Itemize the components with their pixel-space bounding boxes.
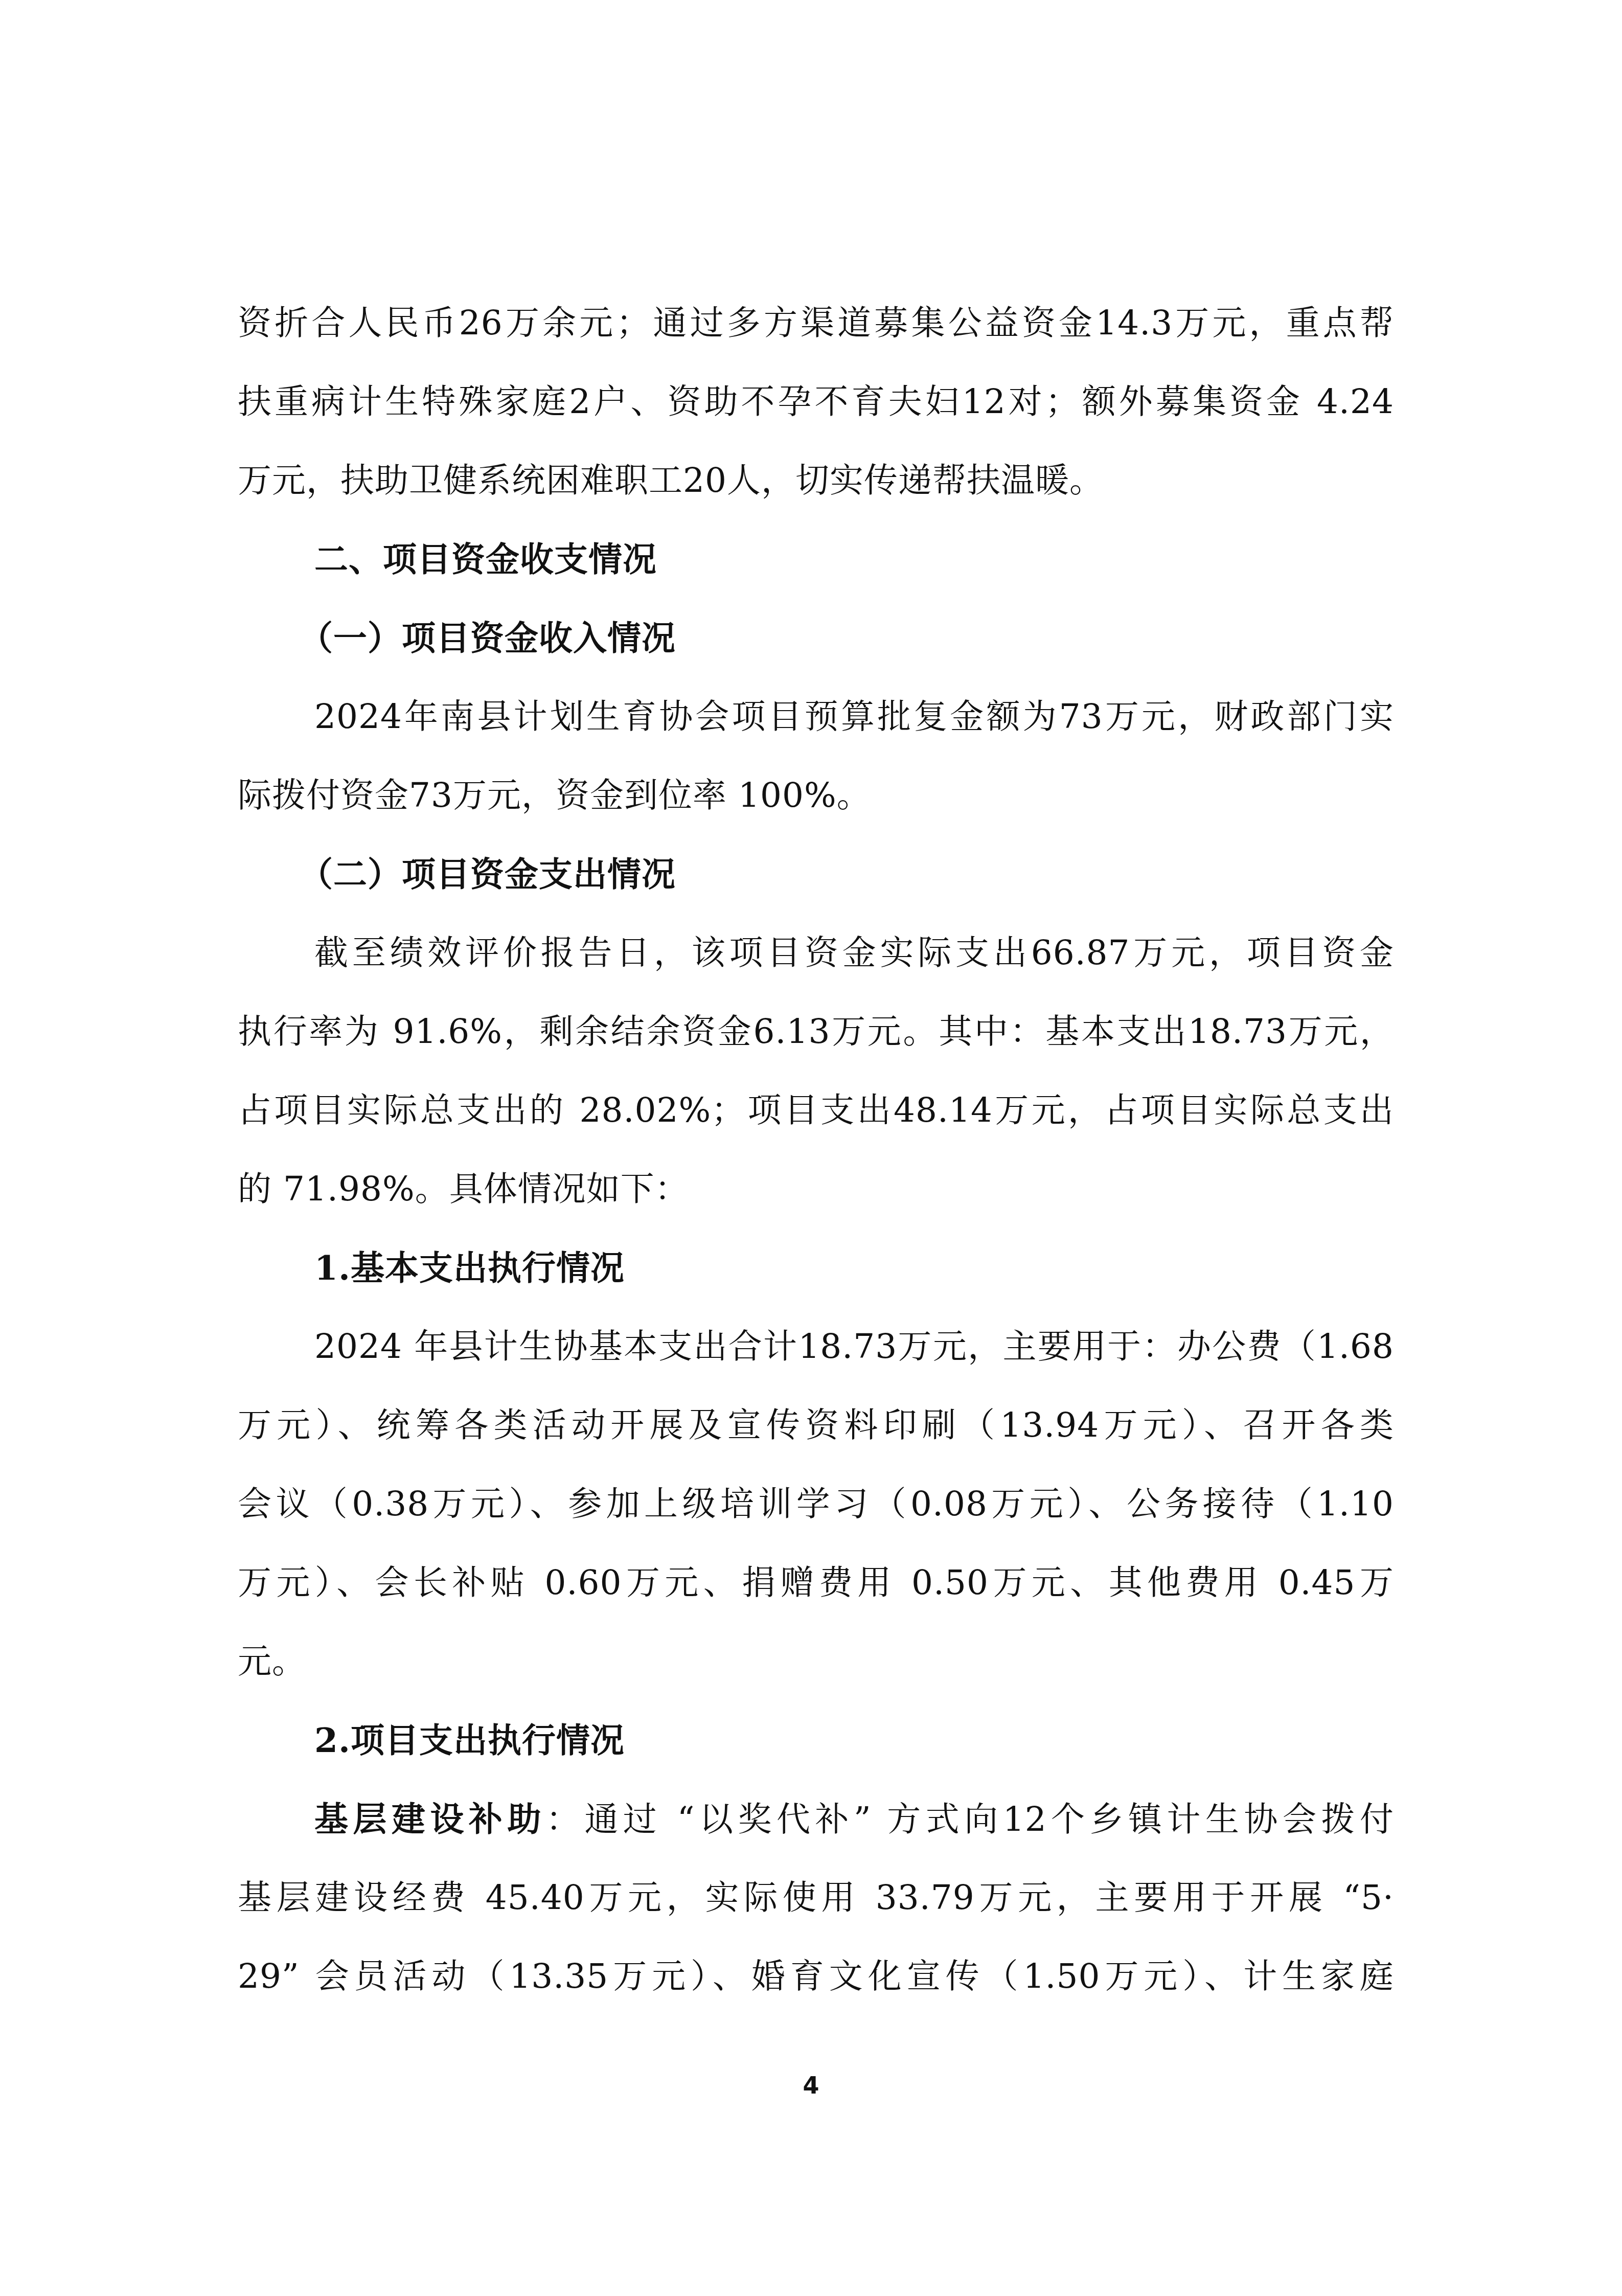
- paragraph-line: 占项目实际总支出的 28.02%；项目支出48.14万元，占项目实际总支出: [238, 1071, 1394, 1150]
- paragraph-line: 基层建设经费 45.40万元，实际使用 33.79万元，主要用于开展 “5·: [238, 1858, 1394, 1937]
- paragraph-line: 资折合人民币26万余元；通过多方渠道募集公益资金14.3万元，重点帮: [238, 284, 1394, 362]
- paragraph-line: 2024年南县计划生育协会项目预算批复金额为73万元，财政部门实: [238, 677, 1394, 756]
- item-heading: 2.项目支出执行情况: [238, 1701, 1394, 1780]
- document-page: 资折合人民币26万余元；通过多方渠道募集公益资金14.3万元，重点帮 扶重病计生…: [238, 284, 1394, 2016]
- page-number: 4: [0, 2072, 1622, 2099]
- paragraph-line: 际拨付资金73万元，资金到位率 100%。: [238, 756, 1394, 835]
- paragraph-line: 万元，扶助卫健系统困难职工20人，切实传递帮扶温暖。: [238, 441, 1394, 520]
- section-heading: 二、项目资金收支情况: [238, 520, 1394, 599]
- paragraph-line: 执行率为 91.6%，剩余结余资金6.13万元。其中：基本支出18.73万元，: [238, 992, 1394, 1071]
- paragraph-line: 截至绩效评价报告日，该项目资金实际支出66.87万元，项目资金: [238, 914, 1394, 992]
- paragraph-line: 扶重病计生特殊家庭2户、资助不孕不育夫妇12对；额外募集资金 4.24: [238, 362, 1394, 441]
- paragraph-line: 29” 会员活动（13.35万元）、婚育文化宣传（1.50万元）、计生家庭: [238, 1937, 1394, 2016]
- subsection-heading: （二）项目资金支出情况: [238, 835, 1394, 914]
- paragraph-line: 的 71.98%。具体情况如下：: [238, 1150, 1394, 1229]
- paragraph-line: 元。: [238, 1622, 1394, 1701]
- paragraph-line: 2024 年县计生协基本支出合计18.73万元，主要用于：办公费（1.68: [238, 1307, 1394, 1386]
- item-heading: 1.基本支出执行情况: [238, 1229, 1394, 1307]
- subsection-heading: （一）项目资金收入情况: [238, 599, 1394, 677]
- paragraph-line: 万元）、统筹各类活动开展及宣传资料印刷（13.94万元）、召开各类: [238, 1386, 1394, 1465]
- paragraph-line: 万元）、会长补贴 0.60万元、捐赠费用 0.50万元、其他费用 0.45万: [238, 1543, 1394, 1622]
- lead-label: 基层建设补助: [314, 1799, 546, 1839]
- paragraph-line: 基层建设补助：通过 “以奖代补” 方式向12个乡镇计生协会拨付: [238, 1780, 1394, 1858]
- line-text: ：通过 “以奖代补” 方式向12个乡镇计生协会拨付: [546, 1800, 1394, 1839]
- paragraph-line: 会议（0.38万元）、参加上级培训学习（0.08万元）、公务接待（1.10: [238, 1465, 1394, 1543]
